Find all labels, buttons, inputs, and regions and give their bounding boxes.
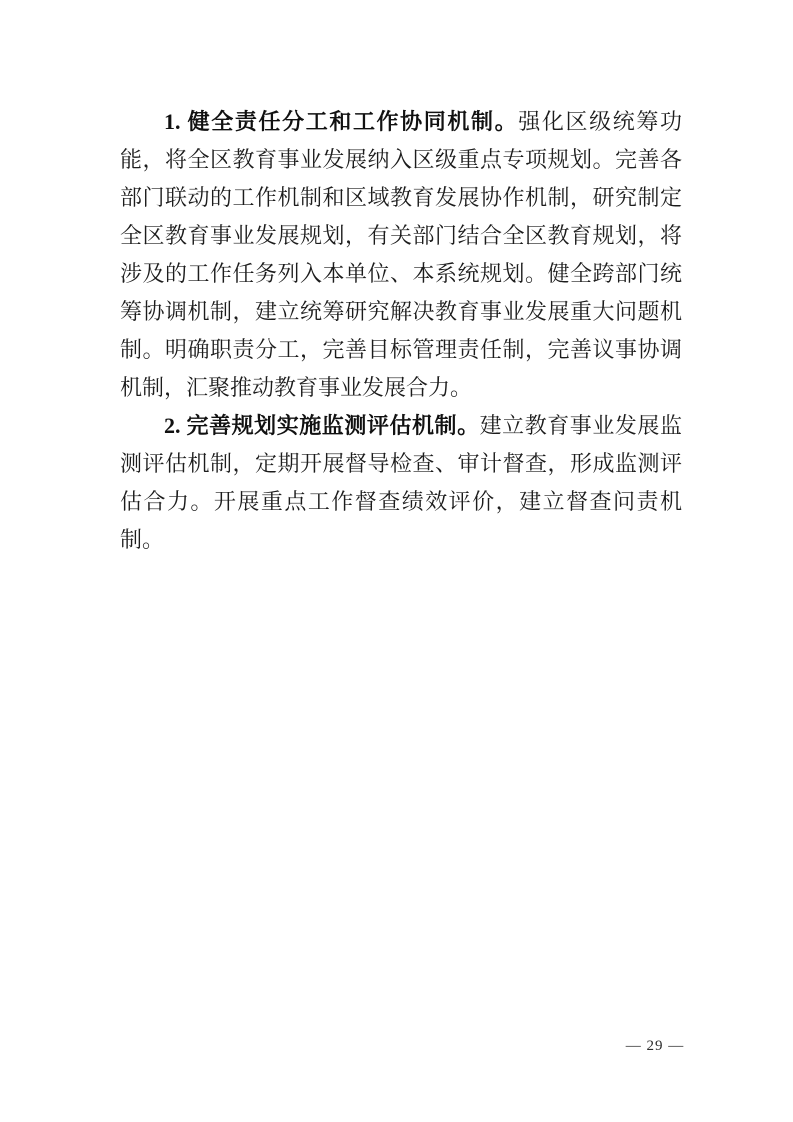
paragraph-2-heading: 2. 完善规划实施监测评估机制。 [164,413,480,438]
paragraph-1: 1. 健全责任分工和工作协同机制。强化区级统筹功能，将全区教育事业发展纳入区级重… [120,103,682,407]
document-body: 1. 健全责任分工和工作协同机制。强化区级统筹功能，将全区教育事业发展纳入区级重… [120,103,682,559]
paragraph-2: 2. 完善规划实施监测评估机制。建立教育事业发展监测评估机制，定期开展督导检查、… [120,407,682,559]
page-number: — 29 — [610,1036,700,1056]
paragraph-1-heading: 1. 健全责任分工和工作协同机制。 [164,109,518,134]
document-page: 1. 健全责任分工和工作协同机制。强化区级统筹功能，将全区教育事业发展纳入区级重… [0,0,793,1122]
paragraph-1-text: 强化区级统筹功能，将全区教育事业发展纳入区级重点专项规划。完善各部门联动的工作机… [120,109,682,400]
